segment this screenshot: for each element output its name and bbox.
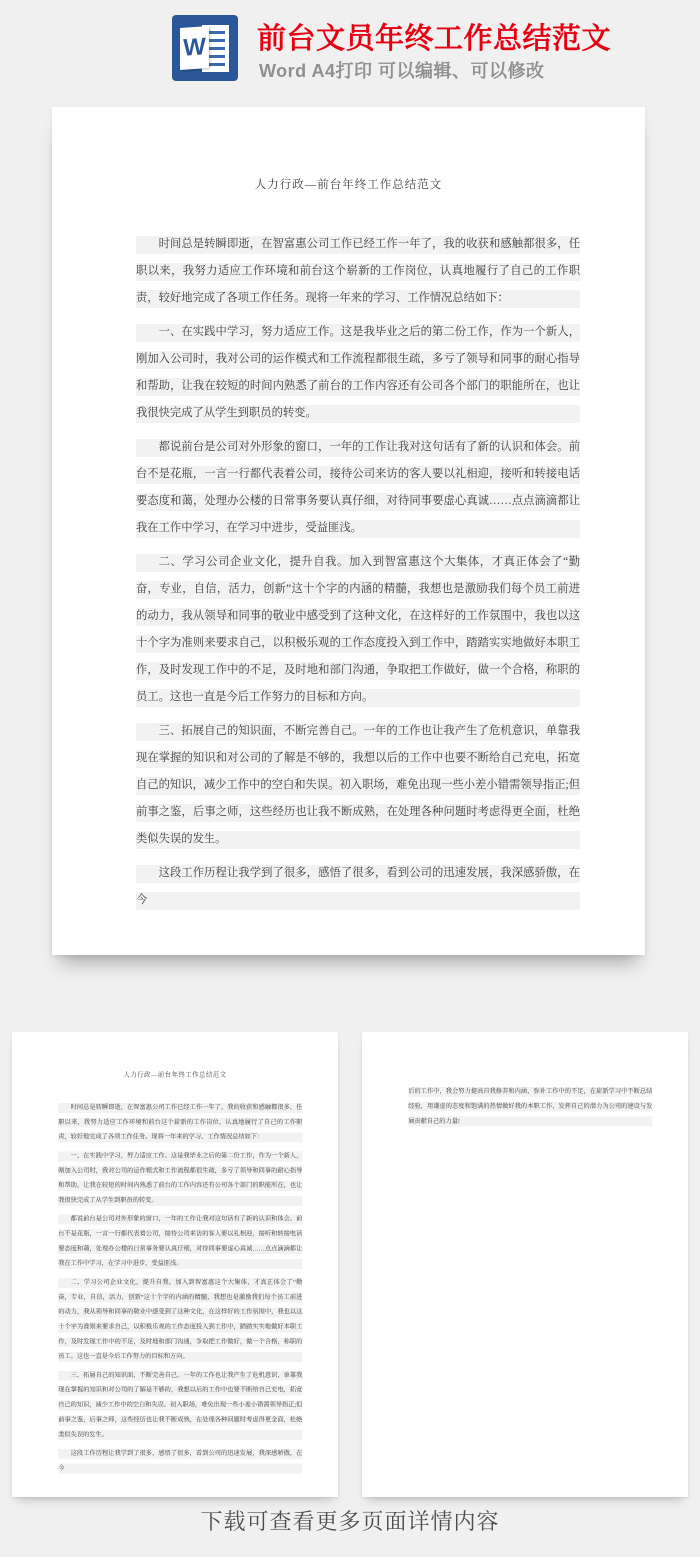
doc-body: 后的工作中，我会努力提高自我修养和内涵，弥补工作中的不足，在崭新学习中不断总结经… (408, 1084, 652, 1132)
doc-paragraph: 这段工作历程让我学到了很多，感悟了很多，看到公司的迅速发展，我深感骄傲，在今 (58, 1446, 302, 1476)
doc-paragraph: 这段工作历程让我学到了很多，感悟了很多，看到公司的迅速发展，我深感骄傲，在今 (136, 860, 580, 914)
doc-paragraph: 二、学习公司企业文化，提升自我。加入到智富惠这个大集体，才真正体会了“勤奋，专业… (58, 1275, 302, 1364)
doc-body: 时间总是转瞬即逝，在智富惠公司工作已经工作一年了，我的收获和感触都很多，任职以来… (58, 1100, 302, 1480)
doc-paragraph: 都说前台是公司对外形象的窗口，一年的工作让我对这句话有了新的认识和体会。前台不是… (58, 1212, 302, 1271)
page-header: W 前台文员年终工作总结范文 Word A4打印 可以编辑、可以修改 (0, 0, 700, 96)
doc-paragraph: 时间总是转瞬即逝，在智富惠公司工作已经工作一年了，我的收获和感触都很多，任职以来… (136, 231, 580, 312)
word-icon: W (172, 15, 238, 81)
doc-paragraph: 都说前台是公司对外形象的窗口，一年的工作让我对这句话有了新的认识和体会。前台不是… (136, 434, 580, 542)
doc-paragraph: 二、学习公司企业文化，提升自我。加入到智富惠这个大集体，才真正体会了“勤奋，专业… (136, 549, 580, 711)
footer-note: 下载可查看更多页面详情内容 (0, 1505, 700, 1536)
word-letter-icon: W (180, 26, 209, 70)
doc-paragraph: 一、在实践中学习，努力适应工作。这是我毕业之后的第二份工作，作为一个新人，刚加入… (136, 319, 580, 427)
doc-paragraph: 三、拓展自己的知识面，不断完善自己。一年的工作也让我产生了危机意识，单靠我现在掌… (136, 718, 580, 853)
thumbnail-page-2[interactable]: 后的工作中，我会努力提高自我修养和内涵，弥补工作中的不足，在崭新学习中不断总结经… (362, 1032, 688, 1497)
doc-paragraph: 后的工作中，我会努力提高自我修养和内涵，弥补工作中的不足，在崭新学习中不断总结经… (408, 1084, 652, 1129)
doc-paragraph: 三、拓展自己的知识面，不断完善自己。一年的工作也让我产生了危机意识，单靠我现在掌… (58, 1368, 302, 1442)
doc-paragraph: 一、在实践中学习，努力适应工作。这是我毕业之后的第二份工作，作为一个新人，刚加入… (58, 1149, 302, 1208)
doc-inner-title: 人力行政—前台年终工作总结范文 (52, 176, 645, 192)
document-preview-page-1[interactable]: 人力行政—前台年终工作总结范文 时间总是转瞬即逝，在智富惠公司工作已经工作一年了… (52, 107, 645, 955)
doc-inner-title: 人力行政—前台年终工作总结范文 (12, 1070, 338, 1079)
document-title: 前台文员年终工作总结范文 (257, 16, 611, 57)
doc-body: 时间总是转瞬即逝，在智富惠公司工作已经工作一年了，我的收获和感触都很多，任职以来… (136, 231, 580, 921)
thumbnail-page-1[interactable]: 人力行政—前台年终工作总结范文 时间总是转瞬即逝，在智富惠公司工作已经工作一年了… (12, 1032, 338, 1497)
document-subtitle: Word A4打印 可以编辑、可以修改 (259, 57, 545, 83)
doc-paragraph: 时间总是转瞬即逝，在智富惠公司工作已经工作一年了，我的收获和感触都很多，任职以来… (58, 1100, 302, 1145)
